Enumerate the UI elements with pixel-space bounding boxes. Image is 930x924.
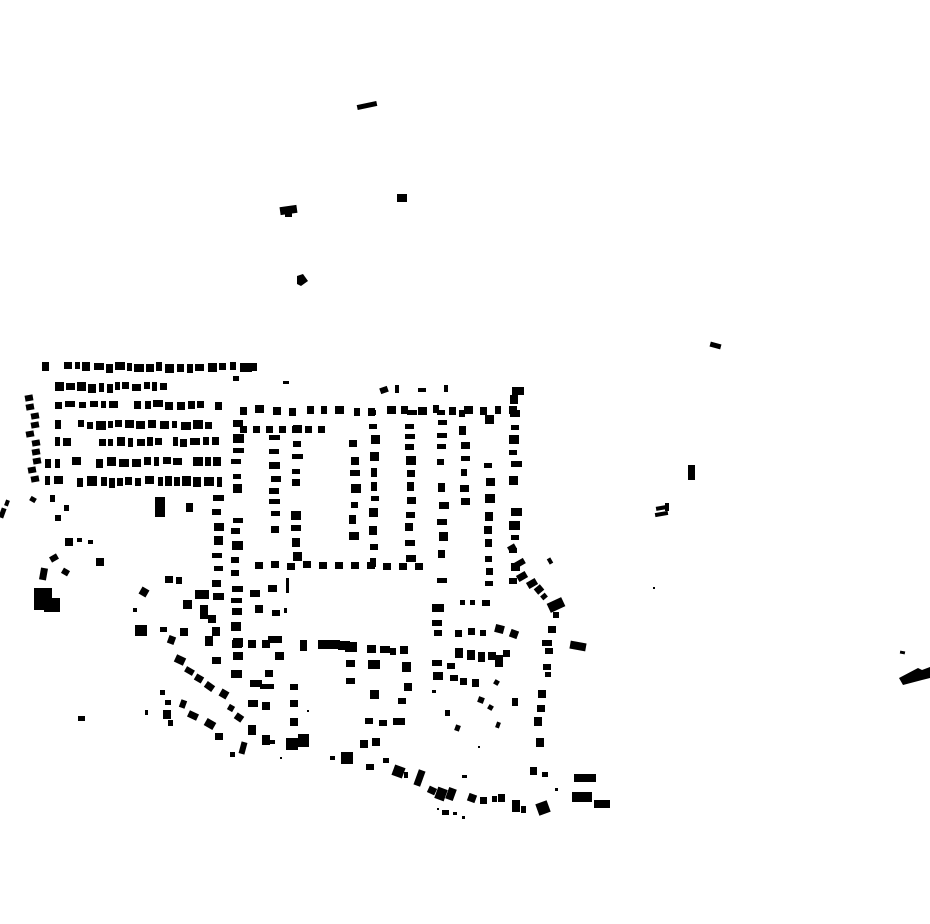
map-canvas xyxy=(0,0,930,924)
building-footprint-map: Black building footprints on a white bac… xyxy=(0,0,930,924)
